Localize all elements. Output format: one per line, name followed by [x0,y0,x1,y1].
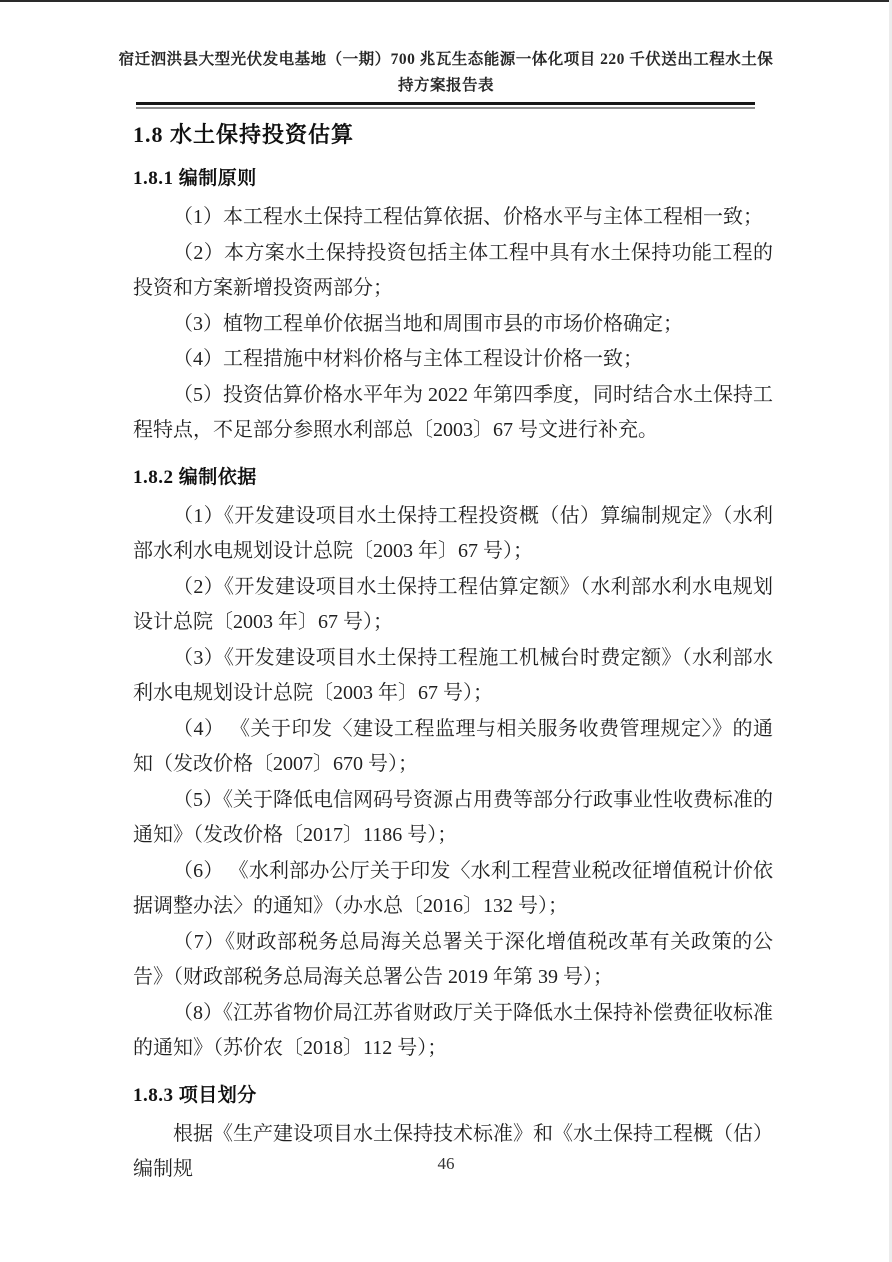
page-content: 1.8 水土保持投资估算 1.8.1 编制原则 （1）本工程水土保持工程估算依据… [133,112,773,1188]
page-top-edge [0,0,892,2]
paragraph-principle-1: （1）本工程水土保持工程估算依据、价格水平与主体工程相一致； [133,200,773,236]
header-divider-rule [136,102,755,109]
document-page: 宿迁泗洪县大型光伏发电基地（一期）700 兆瓦生态能源一体化项目 220 千伏送… [0,0,892,1262]
paragraph-basis-5: （5）《关于降低电信网码号资源占用费等部分行政事业性收费标准的通知》（发改价格〔… [133,783,773,854]
paragraph-principle-4: （4）工程措施中材料价格与主体工程设计价格一致； [133,342,773,378]
section-heading-1-8-3: 1.8.3 项目划分 [133,1083,773,1109]
paragraph-principle-5: （5）投资估算价格水平年为 2022 年第四季度，同时结合水土保持工程特点，不足… [133,378,773,449]
paragraph-basis-6: （6） 《水利部办公厅关于印发〈水利工程营业税改征增值税计价依据调整办法〉的通知… [133,854,773,925]
page-header-title: 宿迁泗洪县大型光伏发电基地（一期）700 兆瓦生态能源一体化项目 220 千伏送… [116,47,776,99]
paragraph-basis-8: （8）《江苏省物价局江苏省财政厅关于降低水土保持补偿费征收标准的通知》（苏价农〔… [133,996,773,1067]
paragraph-basis-4: （4） 《关于印发〈建设工程监理与相关服务收费管理规定〉》的通知（发改价格〔20… [133,712,773,783]
paragraph-basis-1: （1）《开发建设项目水土保持工程投资概（估）算编制规定》（水利部水利水电规划设计… [133,499,773,570]
paragraph-basis-2: （2）《开发建设项目水土保持工程估算定额》（水利部水利水电规划设计总院〔2003… [133,570,773,641]
page-footer: 46 [0,1154,892,1174]
paragraph-division-1: 根据《生产建设项目水土保持技术标准》和《水土保持工程概（估）编制规 [133,1117,773,1188]
paragraph-principle-2: （2）本方案水土保持投资包括主体工程中具有水土保持功能工程的投资和方案新增投资两… [133,236,773,307]
paragraph-basis-3: （3）《开发建设项目水土保持工程施工机械台时费定额》（水利部水利水电规划设计总院… [133,641,773,712]
paragraph-basis-7: （7）《财政部税务总局海关总署关于深化增值税改革有关政策的公告》（财政部税务总局… [133,925,773,996]
paragraph-principle-3: （3）植物工程单价依据当地和周围市县的市场价格确定； [133,307,773,343]
page-number: 46 [438,1154,455,1173]
chapter-heading: 1.8 水土保持投资估算 [133,120,773,150]
section-heading-1-8-2: 1.8.2 编制依据 [133,465,773,491]
section-heading-1-8-1: 1.8.1 编制原则 [133,166,773,192]
